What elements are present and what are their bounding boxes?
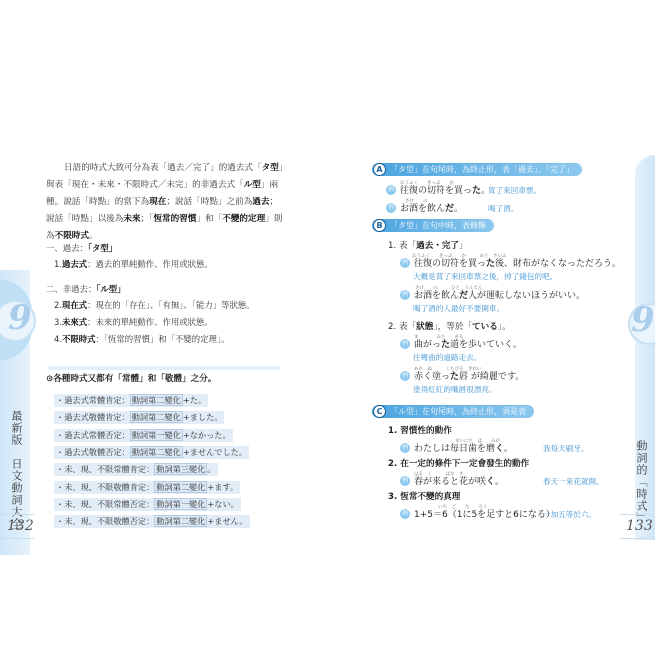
group-heading: 2. 在一定的條件下一定會發生的動作	[388, 457, 529, 469]
translation: 喝了酒。	[488, 203, 518, 214]
translation: 我每天刷牙。	[543, 443, 589, 454]
section-a-band: A 「タ型」在句尾時，為終止形，表「過去」、「完了」	[372, 163, 582, 176]
outline-item: 4.不限時式：「恆常的習慣」和「不變的定理」。	[46, 331, 286, 348]
section-letter-c: C	[373, 405, 386, 418]
example-sentence: 例 わたしは毎日歯を磨く。	[400, 441, 513, 454]
translation: 買了來回車票。	[488, 185, 541, 196]
conjugation-rules: ・過去式常體肯定：動詞第二變化+た。 ・過去式敬體肯定：動詞第二變化+ました。 …	[54, 392, 294, 530]
section-letter-b: B	[373, 219, 386, 232]
example-sentence: 例 曲がった道を歩いていく。	[400, 337, 522, 350]
rule-row: ・未、現、不限常體肯定：動詞第三變化。	[54, 461, 294, 478]
example-icon: 例	[400, 509, 410, 519]
section-heading: ⊙各種時式又都有「常體」和「敬體」之分。	[46, 372, 216, 384]
rule-row: ・未、現、不限敬體否定：動詞第二變化+ません。	[54, 513, 294, 530]
book-title-vertical: 最新版 日文動詞大全	[8, 410, 24, 530]
translation: 大概是買了來回車票之後，掉了錢包的吧。	[413, 271, 557, 282]
example-icon: 例	[400, 339, 410, 349]
page-number-rule	[620, 514, 655, 515]
example-sentence: 例 春が来ると花が咲く。	[400, 474, 504, 487]
example-sentence: 例 往復の切符を買った後、財布がなくなっただろう。	[400, 256, 621, 269]
page-number-left: 132	[7, 518, 34, 534]
rule-row: ・過去式敬體否定：動詞第二變化+ませんでした。	[54, 444, 294, 461]
page-number-rule	[0, 514, 34, 515]
translation: 春天一來花就開。	[543, 476, 604, 487]
group-heading: 3. 恆常不變的真理	[388, 490, 460, 502]
example-icon: 例	[400, 371, 410, 381]
chapter-number-left: 9	[8, 298, 32, 338]
example-sentence: 例 往復の切符を買った。	[386, 183, 490, 196]
section-letter-a: A	[373, 163, 386, 176]
example-sentence: 例 お酒を飲んだ人が運転しないほうがいい。	[400, 288, 585, 301]
outline-nonpast: 二、非過去：「ル型」 2.現在式：現在的「存在」、「有無」、「能力」等狀態。 3…	[46, 281, 286, 348]
outline-item: 2.現在式：現在的「存在」、「有無」、「能力」等狀態。	[46, 297, 286, 314]
section-b-band: B 「タ型」在句中時，表修飾	[372, 219, 494, 232]
outline-heading-past: 一、過去：「タ型」	[46, 240, 286, 256]
translation: 往彎曲的道路走去。	[413, 352, 481, 363]
rule-row: ・未、現、不限常體否定：動詞第一變化+ない。	[54, 496, 294, 513]
rule-row: ・過去式常體肯定：動詞第二變化+た。	[54, 392, 294, 409]
outline-past: 一、過去：「タ型」 1.過去式：過去的單純動作、作用或狀態。	[46, 240, 286, 272]
group-heading: 1. 表「過去・完了」	[388, 239, 468, 251]
translation: 一加五等於六。	[543, 509, 596, 520]
example-icon: 例	[400, 290, 410, 300]
rule-row: ・未、現、不限敬體肯定：動詞第二變化+ます。	[54, 478, 294, 495]
example-sentence: 例 1+5＝6（1に5を足すと6になる）	[400, 507, 555, 520]
example-sentence: 例 お酒を飲んだ。	[386, 201, 463, 214]
rule-row: ・過去式敬體肯定：動詞第二變化+ました。	[54, 409, 294, 426]
rule-row: ・過去式常體否定：動詞第一變化+なかった。	[54, 427, 294, 444]
section-c-band: C 「ル型」在句尾時，為終止形，須是表	[372, 405, 534, 418]
outline-item: 1.過去式：過去的單純動作、作用或狀態。	[46, 256, 286, 272]
example-icon: 例	[386, 185, 396, 195]
translation: 喝了酒的人最好不要開車。	[413, 303, 504, 314]
example-icon: 例	[400, 258, 410, 268]
group-heading: 2. 表「狀態」，等於「ている」。	[388, 320, 511, 332]
translation: 塗得紅紅的嘴唇很漂亮。	[413, 384, 497, 395]
example-icon: 例	[400, 443, 410, 453]
group-heading: 1. 習慣性的動作	[388, 424, 452, 436]
example-icon: 例	[400, 476, 410, 486]
page-number-right: 133	[626, 518, 653, 534]
example-sentence: 例 赤く塗った 唇 が綺麗です。	[400, 369, 524, 382]
page-number-rule	[620, 538, 655, 539]
outline-heading-nonpast: 二、非過去：「ル型」	[46, 281, 286, 297]
chapter-number-right: 9	[631, 300, 655, 340]
left-page: 9 最新版 日文動詞大全 132 日語的時式大致可分為表「過去／完了」的過去式「…	[0, 0, 327, 655]
page-number-rule	[0, 538, 34, 539]
intro-paragraph: 日語的時式大致可分為表「過去／完了」的過去式「タ型」與表「現在・未來・不限時式／…	[46, 160, 286, 245]
example-icon: 例	[386, 203, 396, 213]
outline-item: 3.未來式：未來的單純動作、作用或狀態。	[46, 314, 286, 331]
chapter-title-vertical: 動詞的「時式」	[633, 440, 649, 524]
section-divider	[48, 366, 280, 370]
